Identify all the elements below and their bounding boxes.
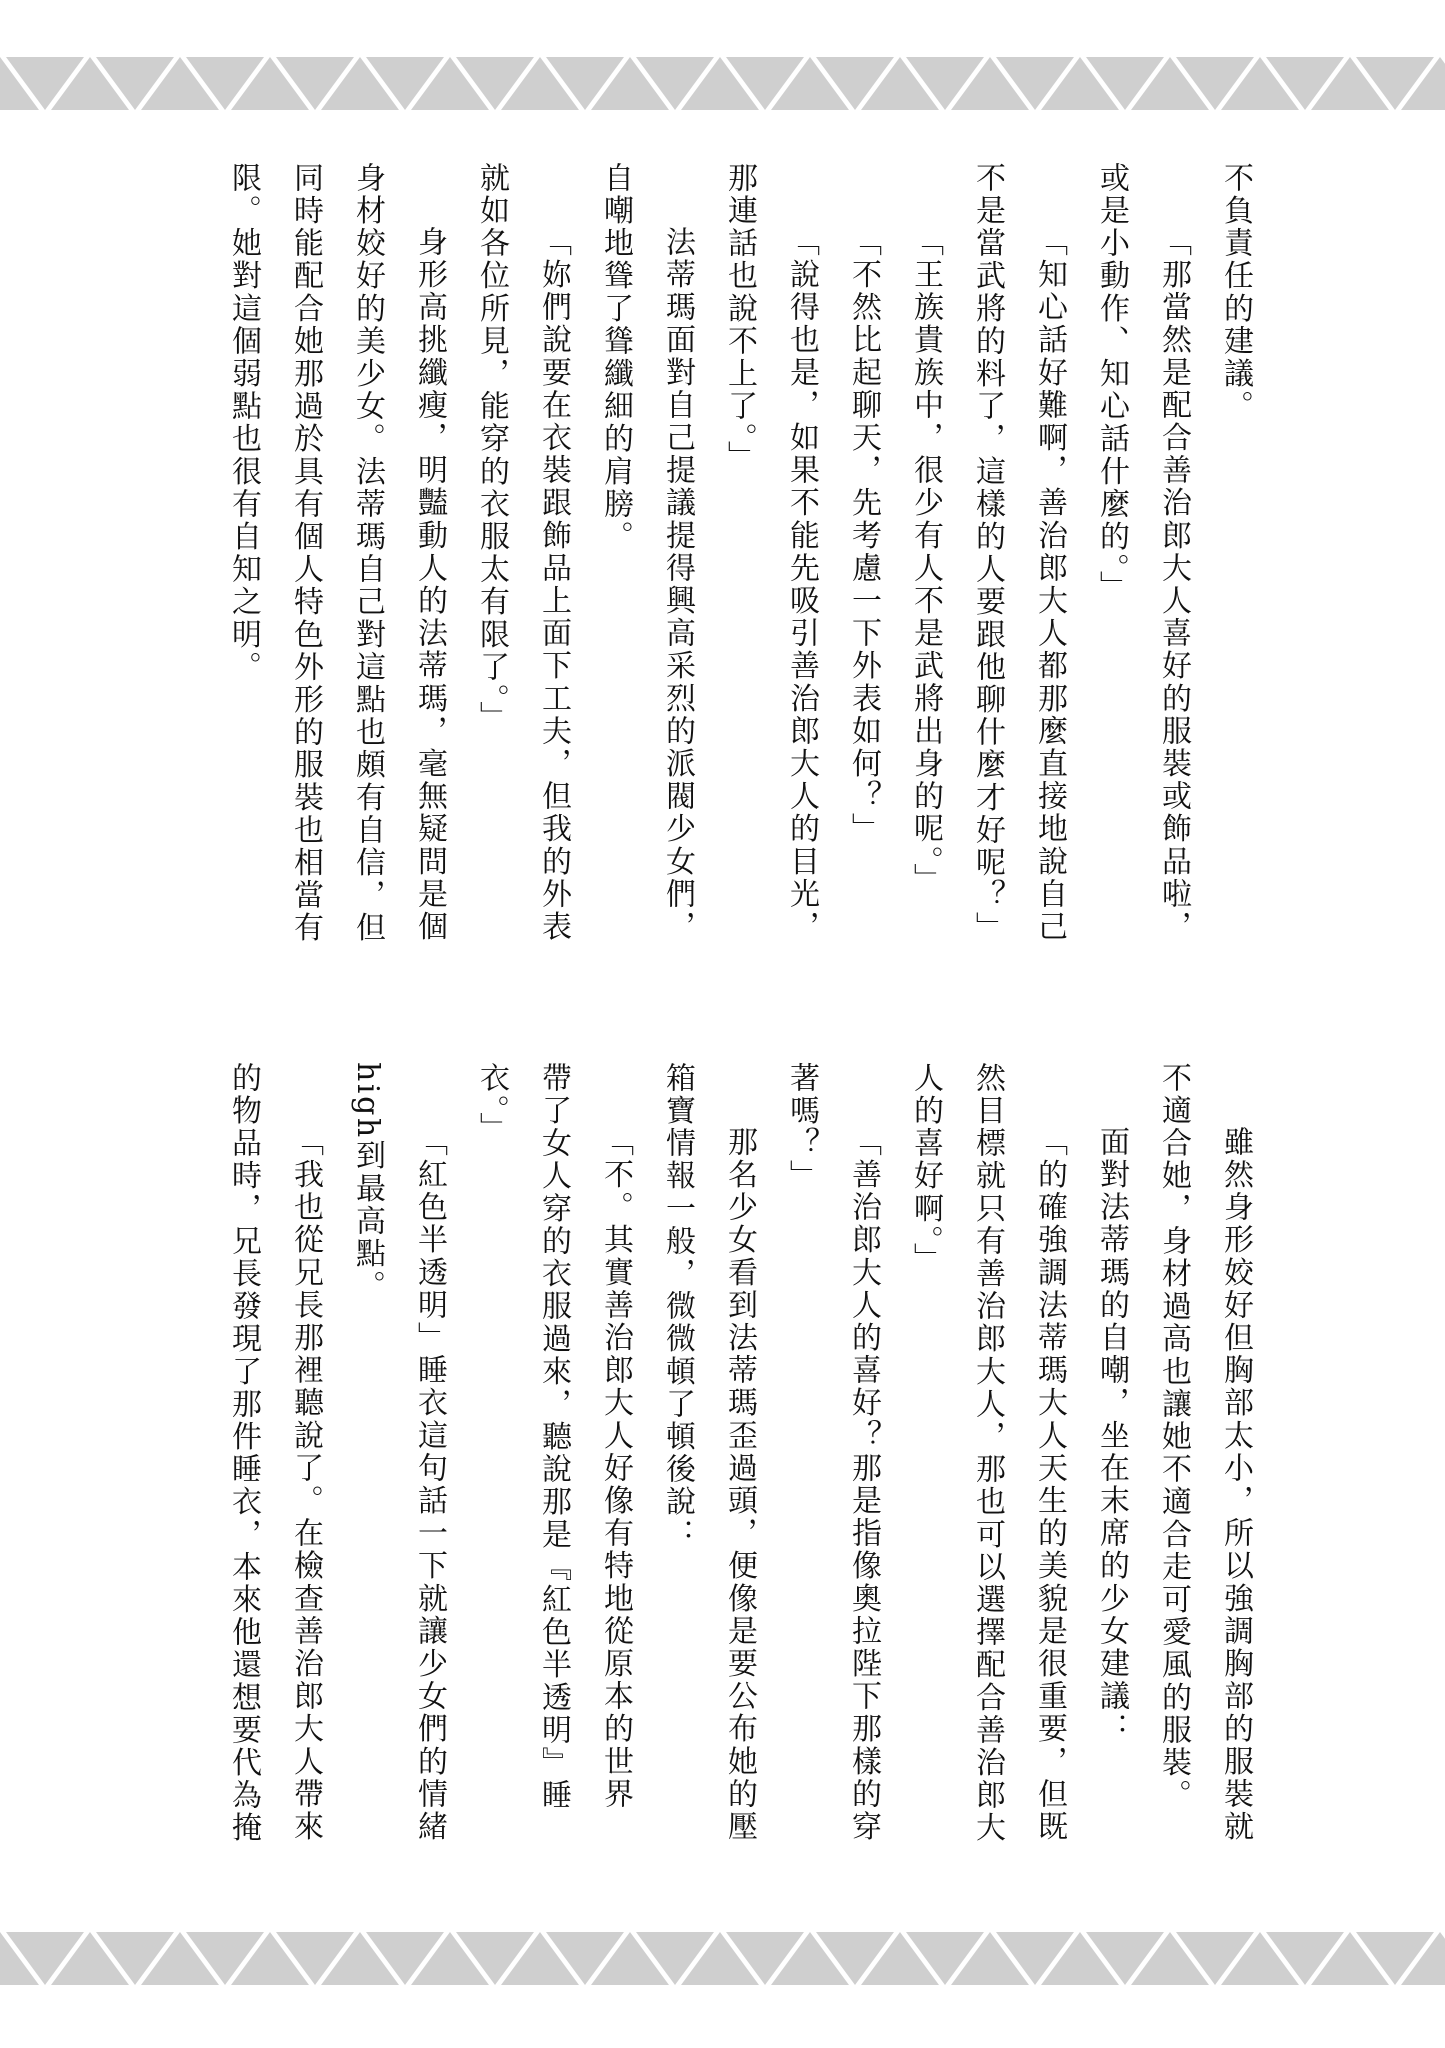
text-block-upper: 不負責任的建議。「那當然是配合善治郎大人喜好的服裝或飾品啦，或是小動作、知心話什…	[196, 162, 1250, 982]
text-column: 不適合她，身材過高也讓她不適合走可愛風的服裝。	[1157, 1062, 1188, 1882]
text-column: 就如各位所見，能穿的衣服太有限了。」	[475, 162, 506, 982]
text-column: 人的喜好啊。」	[909, 1062, 940, 1882]
text-column: 「王族貴族中，很少有人不是武將出身的呢。」	[909, 162, 940, 982]
text-column: 不是當武將的料了，這樣的人要跟他聊什麼才好呢？」	[971, 162, 1002, 982]
text-column: 面對法蒂瑪的自嘲，坐在末席的少女建議：	[1095, 1062, 1126, 1882]
text-column: 身材姣好的美少女。法蒂瑪自己對這點也頗有自信，但	[351, 162, 382, 982]
text-column: 雖然身形姣好但胸部太小，所以強調胸部的服裝就	[1219, 1062, 1250, 1882]
text-column: 然目標就只有善治郎大人，那也可以選擇配合善治郎大	[971, 1062, 1002, 1882]
text-block-lower: 雖然身形姣好但胸部太小，所以強調胸部的服裝就不適合她，身材過高也讓她不適合走可愛…	[196, 1062, 1250, 1882]
triangle-pattern-icon	[0, 56, 1445, 112]
text-column: 「紅色半透明」睡衣這句話一下就讓少女們的情緒	[413, 1062, 444, 1882]
text-column: 或是小動作、知心話什麼的。」	[1095, 162, 1126, 982]
text-column: 不負責任的建議。	[1219, 162, 1250, 982]
text-column: 著嗎？」	[785, 1062, 816, 1882]
text-column: 那連話也說不上了。」	[723, 162, 754, 982]
text-column: high到最高點。	[351, 1062, 382, 1882]
text-column: 同時能配合她那過於具有個人特色外形的服裝也相當有	[289, 162, 320, 982]
text-column: 「不然比起聊天，先考慮一下外表如何？」	[847, 162, 878, 982]
text-column: 「知心話好難啊，善治郎大人都那麼直接地說自己	[1033, 162, 1064, 982]
text-column: 「妳們說要在衣裝跟飾品上面下工夫，但我的外表	[537, 162, 568, 982]
text-column: 「不。其實善治郎大人好像有特地從原本的世界	[599, 1062, 630, 1882]
text-column: 那名少女看到法蒂瑪歪過頭，便像是要公布她的壓	[723, 1062, 754, 1882]
text-column: 「我也從兄長那裡聽說了。在檢查善治郎大人帶來	[289, 1062, 320, 1882]
decorative-border-bottom	[0, 1931, 1445, 1987]
text-column: 「善治郎大人的喜好？那是指像奧拉陛下那樣的穿	[847, 1062, 878, 1882]
decorative-border-top	[0, 56, 1445, 112]
text-column: 衣。」	[475, 1062, 506, 1882]
text-column: 「那當然是配合善治郎大人喜好的服裝或飾品啦，	[1157, 162, 1188, 982]
text-column: 帶了女人穿的衣服過來，聽說那是『紅色半透明』睡	[537, 1062, 568, 1882]
text-column: 限。她對這個弱點也很有自知之明。	[227, 162, 258, 982]
text-column: 「說得也是，如果不能先吸引善治郎大人的目光，	[785, 162, 816, 982]
text-column: 的物品時，兄長發現了那件睡衣，本來他還想要代為掩	[227, 1062, 258, 1882]
text-column: 身形高挑纖瘦，明豔動人的法蒂瑪，毫無疑問是個	[413, 162, 444, 982]
text-column: 自嘲地聳了聳纖細的肩膀。	[599, 162, 630, 982]
text-column: 法蒂瑪面對自己提議提得興高采烈的派閥少女們，	[661, 162, 692, 982]
triangle-pattern-icon	[0, 1931, 1445, 1987]
text-column: 「的確強調法蒂瑪大人天生的美貌是很重要，但既	[1033, 1062, 1064, 1882]
text-column: 箱寶情報一般，微微頓了頓後說：	[661, 1062, 692, 1882]
